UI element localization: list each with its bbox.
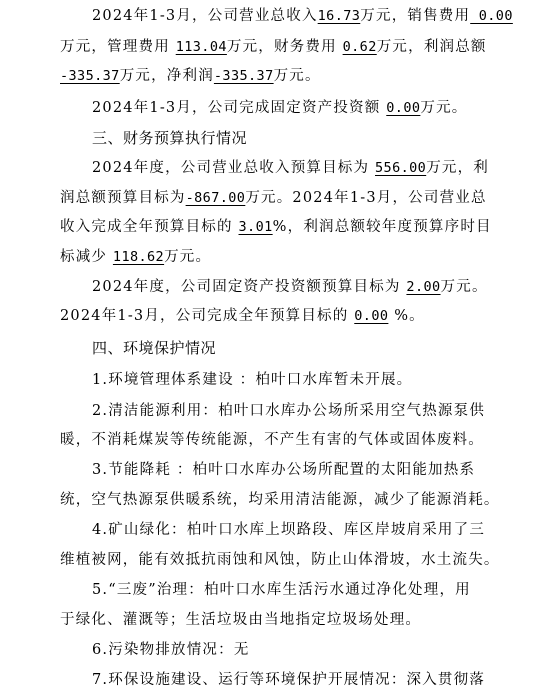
text: 2024年度，公司固定资产投资额预算目标为 <box>92 279 406 295</box>
text: 万元。 <box>274 68 321 84</box>
section-heading: 四、环境保护情况 <box>92 336 216 360</box>
paragraph-line: 2024年1-3月，公司完成固定资产投资额 0.00万元。 <box>92 96 468 120</box>
list-item-line: 4.矿山绿化：柏叶口水库上坝路段、库区岸坡肩采用了三 <box>92 518 485 542</box>
paragraph-line: 收入完成全年预算目标的 3.01%，利润总额较年度预算序时目 <box>60 215 492 239</box>
paragraph-line: 万元，管理费用 113.04万元，财务费用 0.62万元，利润总额 <box>60 35 487 59</box>
revenue-value: 16.73 <box>318 8 361 24</box>
investment-completion-pct: 0.00 <box>354 308 388 324</box>
profit-decrease-value: 118.62 <box>113 249 164 265</box>
list-item-line: 3.节能降耗 ：柏叶口水库办公场所配置的太阳能加热系 <box>92 458 475 482</box>
section-heading: 三、财务预算执行情况 <box>92 126 247 150</box>
text: 万元，管理费用 <box>60 39 176 55</box>
text: 收入完成全年预算目标的 <box>60 219 239 235</box>
text: 万元。2024年1-3月，公司营业总 <box>245 190 486 206</box>
text: %。 <box>388 308 425 324</box>
paragraph-line: 2024年度，公司固定资产投资额预算目标为 2.00万元。 <box>92 275 488 299</box>
investment-budget-value: 2.00 <box>406 279 440 295</box>
text: 标减少 <box>60 249 113 265</box>
text: 2024年度，公司营业总收入预算目标为 <box>92 160 375 176</box>
text: 万元。 <box>441 279 488 295</box>
paragraph-line: 润总额预算目标为-867.00万元。2024年1-3月，公司营业总 <box>60 186 487 210</box>
text: 2024年1-3月，公司营业总收入 <box>92 8 318 24</box>
fixed-asset-investment-value: 0.00 <box>386 100 420 116</box>
list-item-line: 2.清洁能源利用：柏叶口水库办公场所采用空气热源泵供 <box>92 399 485 423</box>
sales-expense-value: 0.00 <box>470 8 513 24</box>
admin-expense-value: 113.04 <box>176 39 227 55</box>
text: 万元。 <box>420 100 467 116</box>
list-item-line: 维植被网，能有效抵抗雨蚀和风蚀，防止山体滑坡，水土流失。 <box>60 548 500 572</box>
list-item-line: 6.污染物排放情况：无 <box>92 638 250 662</box>
text: 万元，利润总额 <box>377 39 487 55</box>
text: 万元，财务费用 <box>227 39 343 55</box>
text: %，利润总额较年度预算序时目 <box>273 219 492 235</box>
text: 万元，净利润 <box>120 68 214 84</box>
total-profit-value: -335.37 <box>60 68 120 84</box>
revenue-budget-value: 556.00 <box>375 160 426 176</box>
list-item-line: 5.“三废”治理：柏叶口水库生活污水通过净化处理，用 <box>92 578 471 602</box>
list-item-line: 于绿化、灌溉等；生活垃圾由当地指定垃圾场处理。 <box>60 608 421 632</box>
finance-expense-value: 0.62 <box>343 39 377 55</box>
paragraph-line: -335.37万元，净利润-335.37万元。 <box>60 64 321 88</box>
list-item-line: 1.环境管理体系建设 ：柏叶口水库暂未开展。 <box>92 368 412 392</box>
text: 润总额预算目标为 <box>60 190 186 206</box>
paragraph-line: 2024年度，公司营业总收入预算目标为 556.00万元，利 <box>92 156 489 180</box>
list-item-line: 暖，不消耗煤炭等传统能源，不产生有害的气体或固体废料。 <box>60 428 484 452</box>
text: 万元，利 <box>426 160 489 176</box>
text: 2024年1-3月，公司完成全年预算目标的 <box>60 308 354 324</box>
net-profit-value: -335.37 <box>214 68 274 84</box>
list-item-line: 统，空气热源泵供暖系统，均采用清洁能源，减少了能源消耗。 <box>60 488 500 512</box>
paragraph-line: 2024年1-3月，公司营业总收入16.73万元，销售费用 0.00 <box>92 4 513 28</box>
profit-budget-value: -867.00 <box>186 190 246 206</box>
text: 万元，销售费用 <box>360 8 470 24</box>
paragraph-line: 标减少 118.62万元。 <box>60 245 211 269</box>
revenue-completion-pct: 3.01 <box>239 219 273 235</box>
paragraph-line: 2024年1-3月，公司完成全年预算目标的 0.00 %。 <box>60 304 425 328</box>
list-item-line: 7.环保设施建设、运行等环境保护开展情况：深入贯彻落 <box>92 668 485 692</box>
text: 万元。 <box>164 249 211 265</box>
text: 2024年1-3月，公司完成固定资产投资额 <box>92 100 386 116</box>
